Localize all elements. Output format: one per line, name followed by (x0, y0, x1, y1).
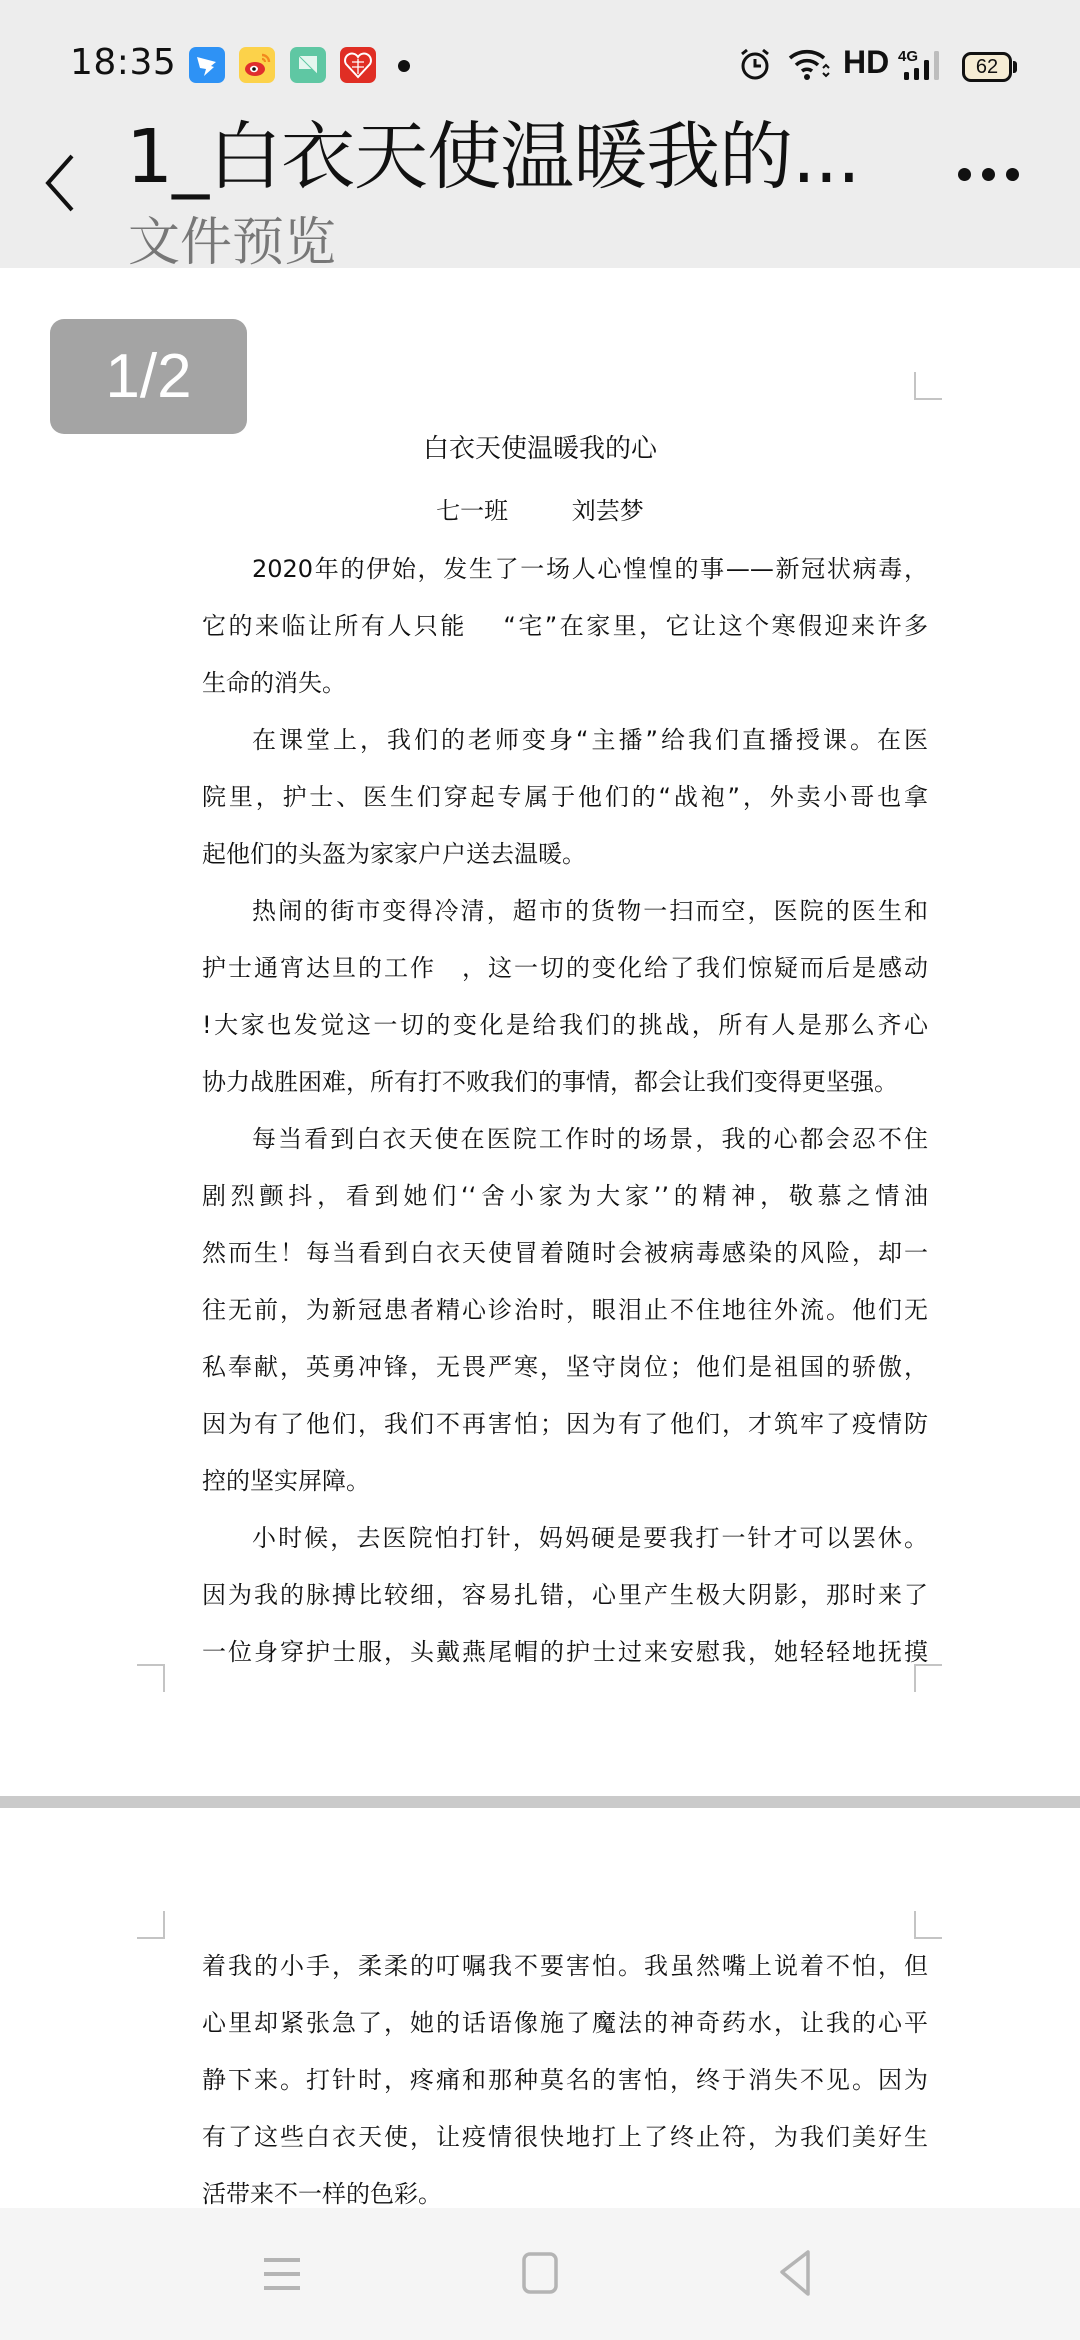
4g-signal-icon (902, 46, 944, 86)
document-text-line: 私奉献，英勇冲锋，无畏严寒，坚守岗位；他们是祖国的骄傲， (202, 1347, 928, 1387)
document-text-line: 着我的小手，柔柔的叮嘱我不要害怕。我虽然嘴上说着不怕，但 (202, 1946, 928, 1986)
document-text-line: 然而生！每当看到白衣天使冒着随时会被病毒感染的风险，却一 (202, 1233, 928, 1273)
essay-author: 七一班 刘芸梦 (0, 491, 1080, 526)
header-subtitle: 文件预览 (128, 200, 336, 275)
home-button[interactable] (510, 2248, 570, 2298)
hd-icon: HD (843, 44, 889, 81)
alarm-icon (738, 46, 772, 86)
document-text-line: 有了这些白衣天使，让疫情很快地打上了终止符，为我们美好生 (202, 2117, 928, 2157)
message-icon (290, 47, 326, 83)
document-text-line: 剧烈颤抖，看到她们‘‘舍小家为大家’’的精神，敬慕之情油 (202, 1176, 928, 1216)
document-text-line: !大家也发觉这一切的变化是给我们的挑战，所有人是那么齐心 (202, 1005, 928, 1045)
dingtalk-icon (189, 47, 225, 83)
more-notifications-dot (398, 60, 410, 72)
page-separator (0, 1796, 1080, 1808)
document-text-line: 往无前，为新冠患者精心诊治时，眼泪止不住地往外流。他们无 (202, 1290, 928, 1330)
document-text-line: 生命的消失。 (202, 663, 928, 703)
status-time: 18:35 (70, 42, 176, 83)
more-dot (1006, 168, 1019, 181)
document-text-line: 一位身穿护士服，头戴燕尾帽的护士过来安慰我，她轻轻地抚摸 (202, 1632, 928, 1672)
document-text-line: 因为我的脉搏比较细，容易扎错，心里产生极大阴影，那时来了 (202, 1575, 928, 1615)
document-text-line: 护士通宵达旦的工作 ，这一切的变化给了我们惊疑而后是感动 (202, 948, 928, 988)
chevron-left-icon (40, 150, 80, 216)
back-triangle-icon (766, 2248, 826, 2298)
document-text-line: 静下来。打针时，疼痛和那种莫名的害怕，终于消失不见。因为 (202, 2060, 928, 2100)
more-options-button[interactable] (958, 168, 1020, 182)
page-margin-mark (914, 1911, 942, 1939)
document-title: 1_白衣天使温暖我的... (126, 98, 860, 204)
menu-icon (252, 2248, 312, 2298)
document-text-line: 起他们的头盔为家家户户送去温暖。 (202, 834, 928, 874)
home-icon (510, 2248, 570, 2298)
document-text-line: 协力战胜困难，所有打不败我们的事情，都会让我们变得更坚强。 (202, 1062, 928, 1102)
system-back-button[interactable] (766, 2248, 826, 2298)
document-text-line: 院里，护士、医生们穿起专属于他们的“战袍”，外卖小哥也拿 (202, 777, 928, 817)
top-bar: 18:35 (0, 0, 1080, 268)
document-text-line: 热闹的街市变得冷清，超市的货物一扫而空，医院的医生和 (202, 891, 928, 931)
document-text-line: 2020年的伊始，发生了一场人心惶惶的事——新冠状病毒， (202, 549, 928, 589)
page-indicator-badge: 1/2 (50, 319, 247, 434)
document-text-line: 它的来临让所有人只能 “宅”在家里，它让这个寒假迎来许多 (202, 606, 928, 646)
wifi-icon (788, 46, 830, 86)
document-text-line: 每当看到白衣天使在医院工作时的场景，我的心都会忍不住 (202, 1119, 928, 1159)
page-margin-mark (914, 372, 942, 400)
document-text-line: 心里却紧张急了，她的话语像施了魔法的神奇药水，让我的心平 (202, 2003, 928, 2043)
recent-apps-button[interactable] (252, 2248, 312, 2298)
more-horizontal-icon (958, 168, 971, 181)
system-nav-bar (0, 2208, 1080, 2340)
page-margin-mark (137, 1911, 165, 1939)
document-text-line: 在课堂上，我们的老师变身“主播”给我们直播授课。在医 (202, 720, 928, 760)
more-dot (982, 168, 995, 181)
document-text-line: 因为有了他们，我们不再害怕；因为有了他们，才筑牢了疫情防 (202, 1404, 928, 1444)
document-text-line: 小时候，去医院怕打针，妈妈硬是要我打一针才可以罢休。 (202, 1518, 928, 1558)
battery-icon: 62 (962, 52, 1012, 82)
document-text-line: 控的坚实屏障。 (202, 1461, 928, 1501)
page-margin-mark (137, 1664, 165, 1692)
back-button[interactable] (40, 150, 80, 216)
weibo-icon (239, 47, 275, 83)
pinduoduo-icon (340, 47, 376, 83)
